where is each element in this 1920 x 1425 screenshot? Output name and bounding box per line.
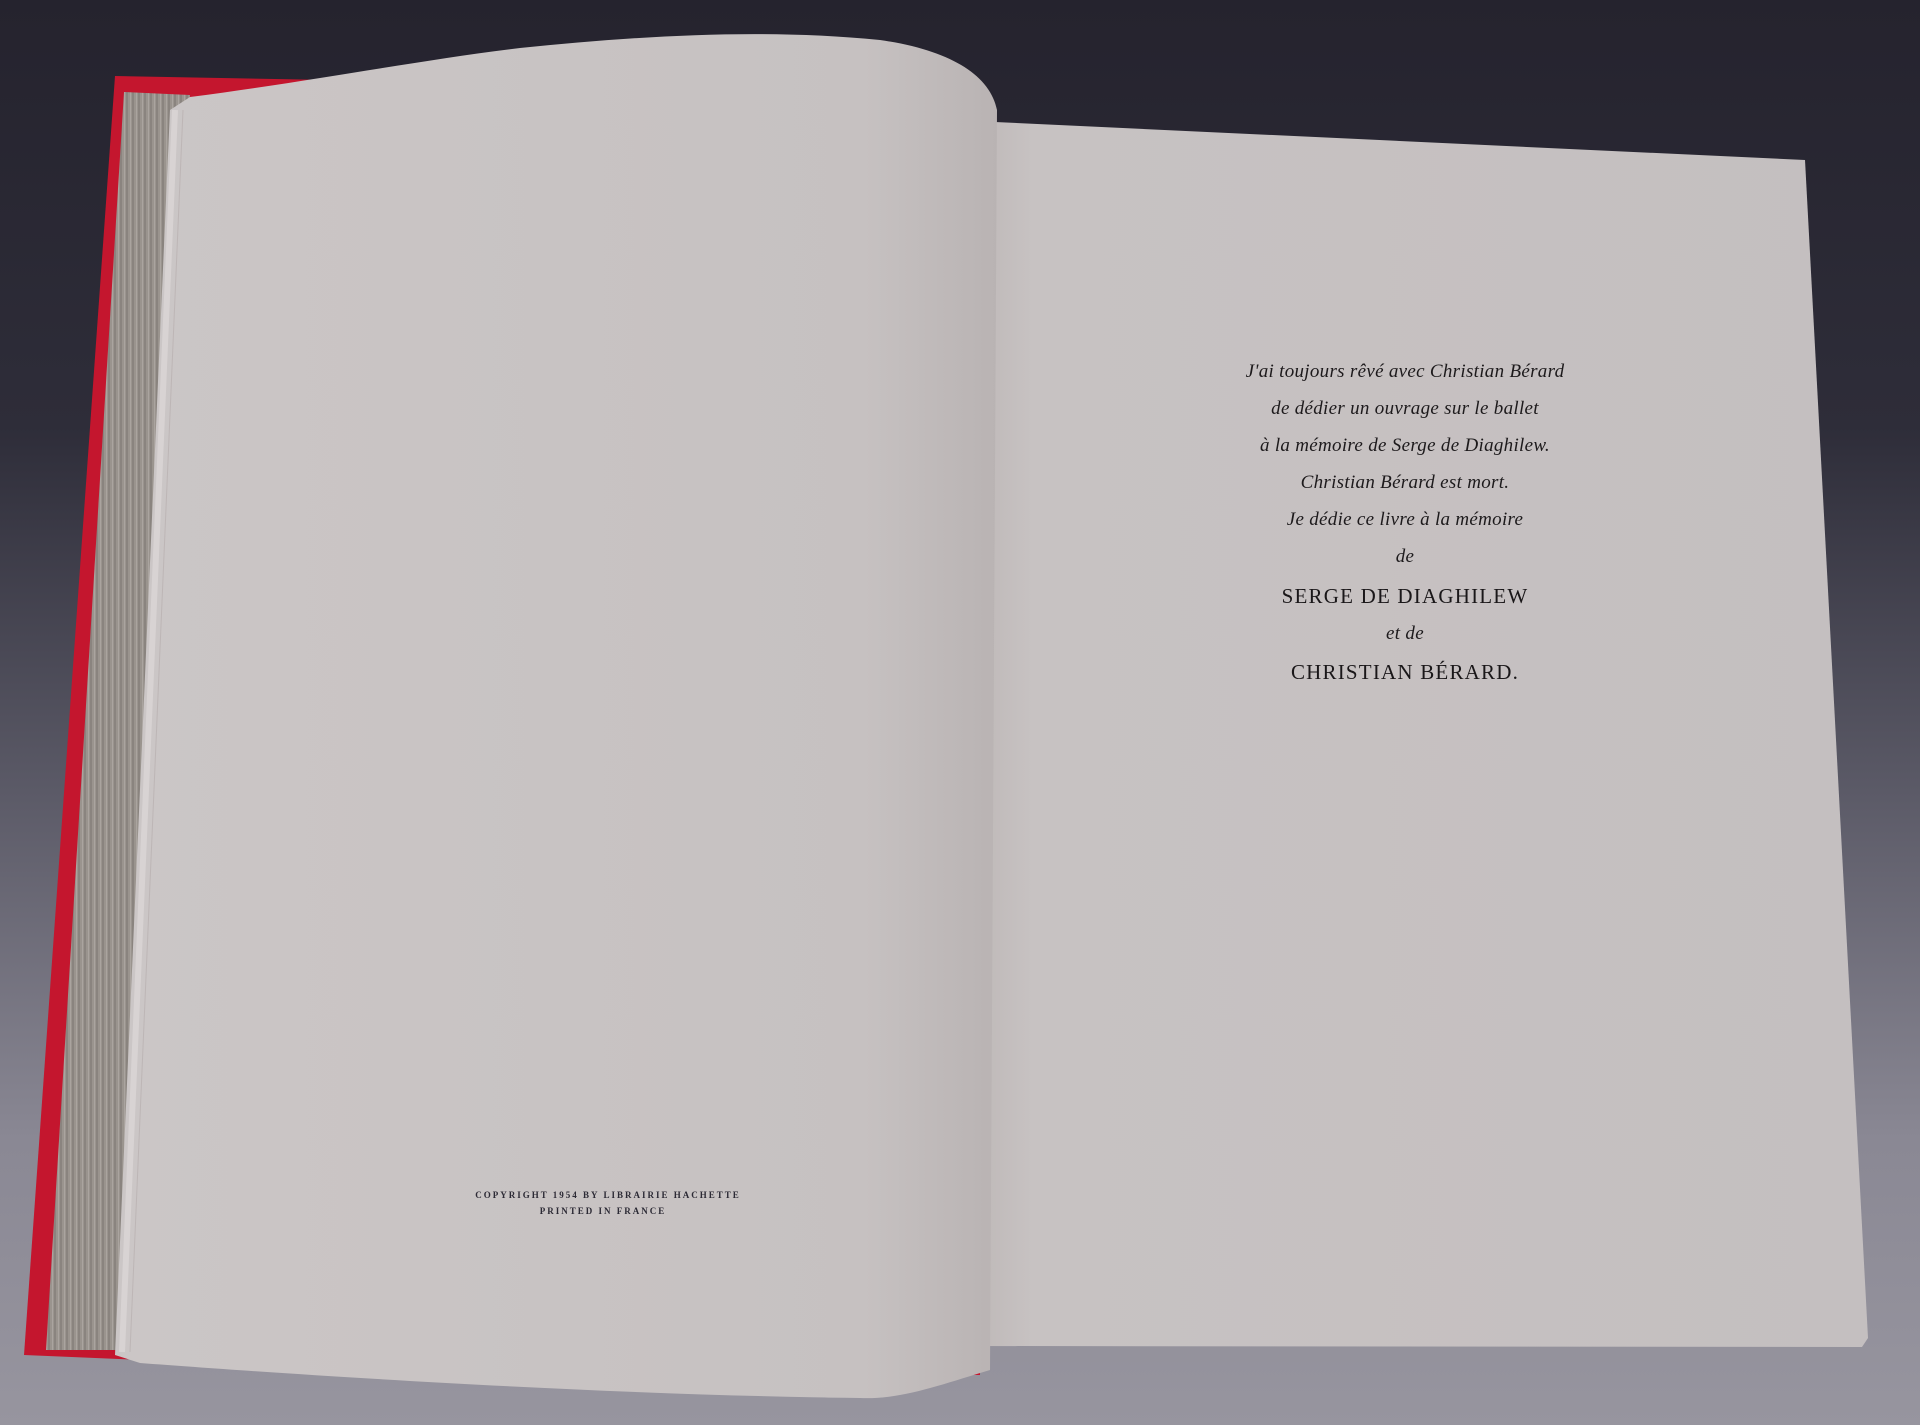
right-page <box>960 122 1868 1347</box>
book-photo: J'ai toujours rêvé avec Christian Bérard… <box>0 0 1920 1425</box>
left-page <box>115 34 997 1398</box>
open-book-illustration <box>0 0 1920 1425</box>
